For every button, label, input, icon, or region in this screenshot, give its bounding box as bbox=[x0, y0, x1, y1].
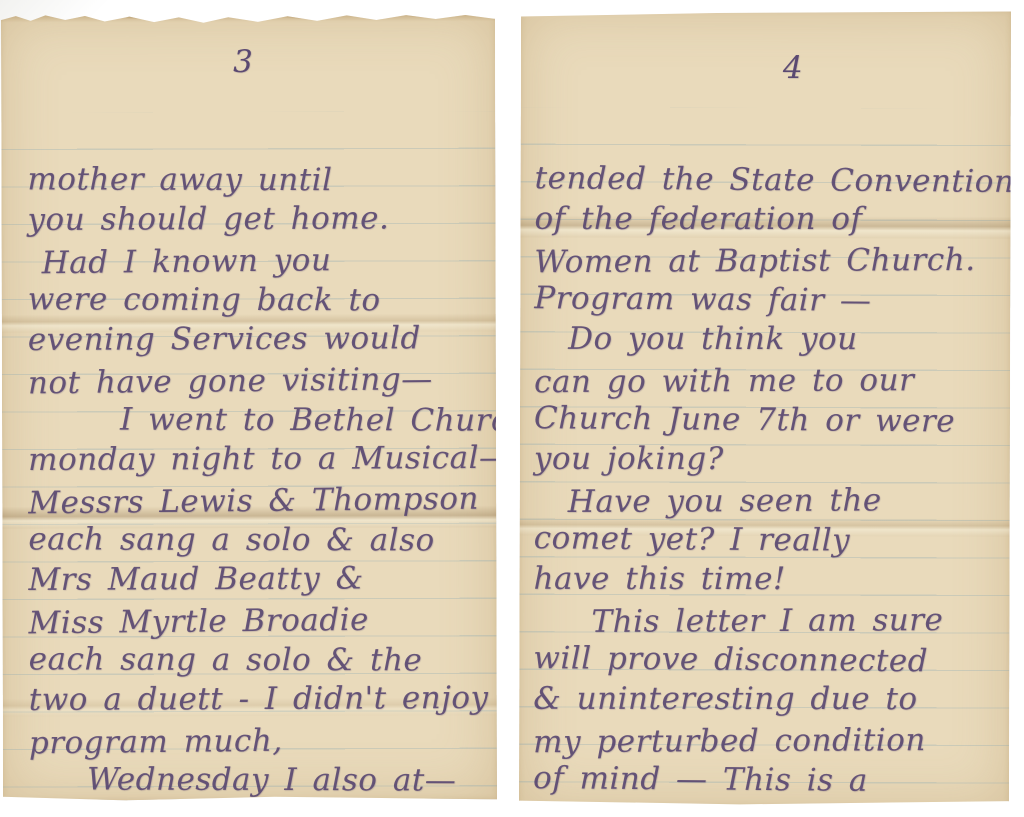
handwritten-line: Messrs Lewis & Thompson bbox=[28, 481, 488, 526]
handwritten-line: This letter I am sure bbox=[533, 602, 1001, 644]
handwritten-line: of the federation of bbox=[534, 201, 1002, 241]
handwritten-line: I went to Bethel Church bbox=[28, 401, 488, 442]
handwritten-line: each sang a solo & the bbox=[29, 641, 489, 682]
handwritten-line: Mrs Maud Beatty & bbox=[28, 560, 488, 602]
handwritten-line: Have you seen the bbox=[534, 482, 1002, 524]
handwritten-line: Church June 7th or were bbox=[534, 400, 1002, 444]
letter-page-4: 4 tended the State Convention of the fed… bbox=[519, 9, 1011, 806]
handwritten-line: have this time! bbox=[534, 561, 1002, 601]
handwritten-line: not have gone visiting— bbox=[28, 361, 488, 406]
letter-scan: 3 mother away until you should get home.… bbox=[0, 0, 1024, 817]
page-number: 3 bbox=[233, 44, 253, 80]
handwritten-line: each sang a solo & also bbox=[28, 521, 488, 562]
handwritten-line: you should get home. bbox=[27, 200, 487, 242]
handwritten-line: comet yet? I really bbox=[533, 520, 1001, 564]
handwritten-line: Do you think you bbox=[534, 321, 1002, 361]
handwritten-line: Women at Baptist Church. bbox=[534, 242, 1002, 284]
handwritten-line: Wednesday I also at— bbox=[29, 761, 489, 802]
handwritten-line: you joking? bbox=[534, 441, 1002, 481]
handwritten-line: Miss Myrtle Broadie bbox=[28, 601, 488, 646]
handwritten-line: Program was fair — bbox=[534, 280, 1002, 324]
handwriting-block: tended the State Convention of the feder… bbox=[533, 161, 1003, 802]
handwritten-line: can go with me to our bbox=[534, 362, 1002, 404]
handwritten-line: evening Services would bbox=[28, 320, 488, 362]
torn-edge-stain bbox=[1, 13, 495, 24]
letter-page-3: 3 mother away until you should get home.… bbox=[1, 13, 497, 800]
handwritten-line: Had I known you bbox=[27, 241, 487, 286]
handwritten-line: my perturbed condition bbox=[533, 722, 1001, 764]
handwritten-line: will prove disconnected bbox=[533, 640, 1001, 684]
page-number: 4 bbox=[783, 50, 803, 86]
handwritten-line: two a duett - I didn't enjoy bbox=[29, 680, 489, 722]
handwritten-line: monday night to a Musical— bbox=[28, 440, 488, 482]
handwriting-block: mother away until you should get home. H… bbox=[27, 161, 489, 802]
handwritten-line: tended the State Convention bbox=[534, 160, 1002, 204]
handwritten-line: program much, bbox=[29, 721, 489, 766]
handwritten-line: were coming back to bbox=[28, 281, 488, 322]
handwritten-line: of mind — This is a bbox=[533, 760, 1001, 804]
handwritten-line: & uninteresting due to bbox=[533, 681, 1001, 721]
handwritten-line: mother away until bbox=[27, 161, 487, 202]
